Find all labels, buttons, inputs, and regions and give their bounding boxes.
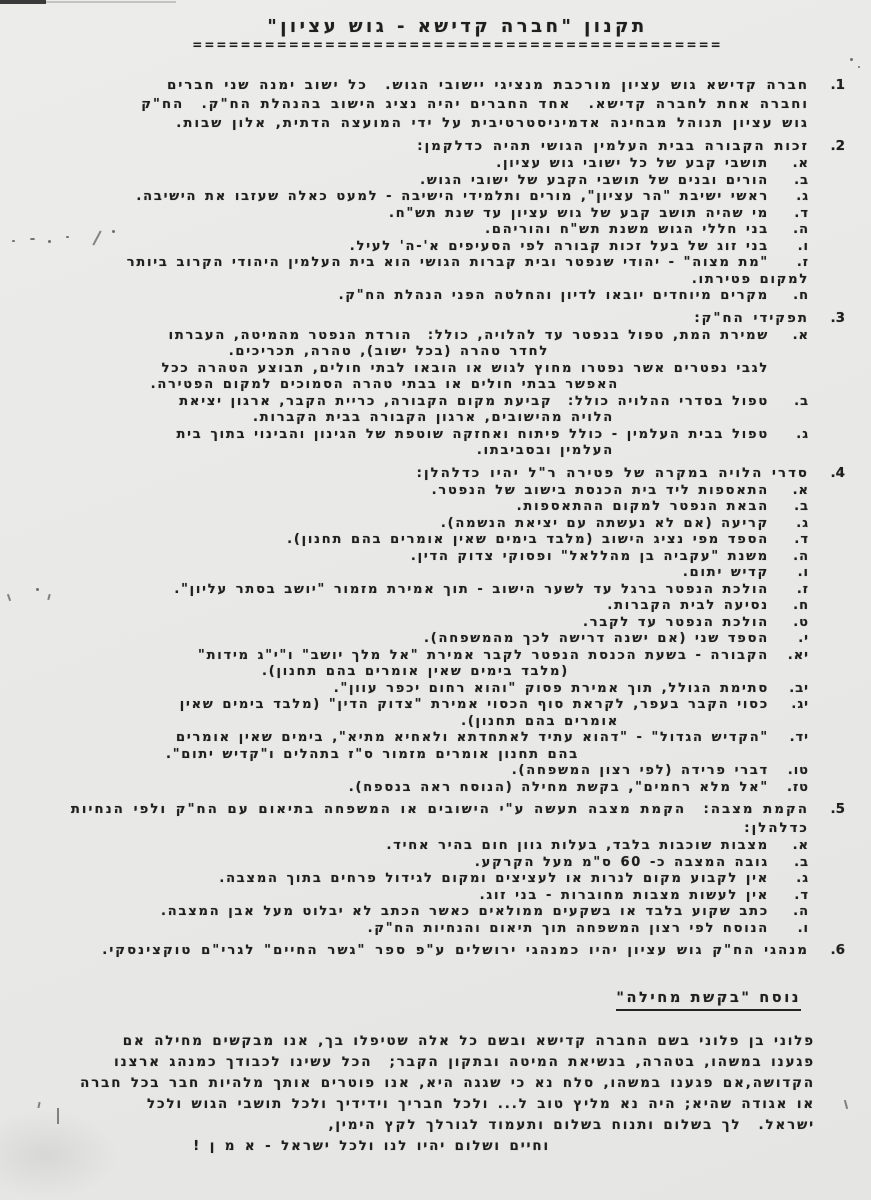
clause-lines: גובה המצבה כ- 60 ס"מ מעל הקרקע. <box>34 855 769 872</box>
document-title: תקנון "חברה קדישא - גוש עציון" <box>267 16 647 37</box>
paragraph-line: ישראל. לך בשלום ותנוח בשלום ותעמוד לגורל… <box>34 1115 815 1136</box>
clause-marker: ח. <box>769 288 809 305</box>
clause-line: (מלבד בימים שאין אומרים בהם תחנון). <box>34 664 569 681</box>
paragraph-line: פלוני בן פלוני בשם החברה קדישא ובשם כל א… <box>34 1031 815 1052</box>
clause-line: קריעה (אם לא נעשתה עם יציאת הנשמה). <box>34 516 769 533</box>
clause-lines: טפול בבית העלמין - כולל פיתוח ואחזקה שוט… <box>34 427 769 460</box>
clause-marker: יד. <box>769 730 809 763</box>
clause-marker: ח. <box>769 598 809 615</box>
clause-row: ג.קריעה (אם לא נעשתה עם יציאת הנשמה). <box>34 516 809 533</box>
paragraph-line: וחיים ושלום יהיו לנו ולכל ישראל - א מ ן … <box>34 1136 550 1157</box>
clause-line: אין לעשות מצבות מחוברות - בני זוג. <box>34 888 769 905</box>
clause-lines: מי שהיה תושב קבע של גוש עציון עד שנת תש"… <box>34 206 769 223</box>
clause-line: למקום פטירתו. <box>34 272 809 289</box>
clause-row: א.מצבות שוכבות בלבד, בעלות גוון חום בהיר… <box>34 838 809 855</box>
clause-line: כסוי הקבר בעפר, לקראת סוף הכסוי אמירת "צ… <box>34 697 769 714</box>
clause-row: ט.הולכת הנפטר עד לקבר. <box>34 615 809 632</box>
section: 6.מנהגי הח"ק גוש עציון יהיו כמנהגי ירושל… <box>34 941 845 960</box>
clause-row: יד."הקדיש הגדול" - "דהוא עתיד לאתחדתא ול… <box>34 730 809 763</box>
section-intro-line: כדלהלן: <box>34 819 809 838</box>
section: 1.חברה קדישא גוש עציון מורכבת מנציגי ייש… <box>34 76 845 133</box>
clause-lines: כתב שקוע בלבד או בשקעים ממולאים כאשר הכת… <box>34 904 769 921</box>
clause-row: טז."אל מלא רחמים", בקשת מחילה (הנוסח ראה… <box>34 780 809 797</box>
section-number: 3. <box>809 309 845 460</box>
clause-line: טפול בסדרי ההלויה כולל: קביעת מקום הקבור… <box>34 394 769 411</box>
clause-row: ב.הבאת הנפטר למקום ההתאספות. <box>34 499 809 516</box>
clause-line: הלויה מהישובים, ארגון הקבורה בבית הקברות… <box>34 410 614 427</box>
clause-line: אומרים בהם תחנון). <box>34 714 619 731</box>
clause-line: התאספות ליד בית הכנסת בישוב של הנפטר. <box>34 483 769 500</box>
clause-row: י.הספד שני (אם ישנה דרישה לכך מהמשפחה). <box>34 631 809 648</box>
section-body: זכות הקבורה בבית העלמין הגושי תהיה כדלקמ… <box>34 137 809 305</box>
clause-line: בני זוג של בעל זכות קבורה לפי הסעיפים א'… <box>34 239 769 256</box>
clause-row: ז."מת מצוה" - יהודי שנפטר ובית קברות הגו… <box>34 255 809 288</box>
clause-lines: תושבי קבע של כל ישובי גוש עציון. <box>34 156 769 173</box>
clause-marker: א. <box>769 328 809 394</box>
clause-marker: ז. <box>769 582 809 599</box>
clause-line: כתב שקוע בלבד או בשקעים ממולאים כאשר הכת… <box>34 904 769 921</box>
section-number: 4. <box>809 464 845 797</box>
section: 5.הקמת מצבה: הקמת מצבה תעשה ע"י הישובים … <box>34 800 845 937</box>
section-intro-line: תפקידי הח"ק: <box>34 309 809 328</box>
clause-lines: "הקדיש הגדול" - "דהוא עתיד לאתחדתא ולאחי… <box>34 730 769 763</box>
clause-marker: א. <box>769 838 809 855</box>
clause-line: בהם תחנון אומרים מזמור ס"ז בתהלים ו"קדיש… <box>34 747 579 764</box>
section-body: חברה קדישא גוש עציון מורכבת מנציגי יישוב… <box>34 76 809 133</box>
sections: 1.חברה קדישא גוש עציון מורכבת מנציגי ייש… <box>34 76 845 960</box>
clause-marker: ג. <box>769 516 809 533</box>
section-body: הקמת מצבה: הקמת מצבה תעשה ע"י הישובים או… <box>34 800 809 937</box>
clause-marker: ד. <box>769 206 809 223</box>
section-intro-line: סדרי הלויה במקרה של פטירה ר"ל יהיו כדלהל… <box>34 464 809 483</box>
clause-row: טו.דברי פרידה (לפי רצון המשפחה). <box>34 763 809 780</box>
paragraph-line: פגענו במשהו, בטהרה, בנשיאת המיטה ובתקון … <box>34 1052 815 1073</box>
clause-row: ג.אין לקבוע מקום לנרות או לעציצים ומקום … <box>34 871 809 888</box>
clause-row: ו.הנוסח לפי רצון המשפחה תוך תיאום והנחיו… <box>34 921 809 938</box>
clause-marker: ב. <box>769 173 809 190</box>
clause-lines: אין לקבוע מקום לנרות או לעציצים ומקום לג… <box>34 871 769 888</box>
clause-row: ה.בני חללי הגוש משנת תש"ח והוריהם. <box>34 222 809 239</box>
clause-marker: א. <box>769 156 809 173</box>
section-number: 5. <box>809 800 845 937</box>
clause-marker: ו. <box>769 565 809 582</box>
clause-lines: סתימת הגולל, תוך אמירת פסוק "והוא רחום י… <box>34 681 769 698</box>
clause-row: ה.משנת "עקביה בן מהללאל" ופסוקי צדוק הדי… <box>34 549 809 566</box>
clause-lines: הולכת הנפטר ברגל עד לשער הישוב - תוך אמי… <box>34 582 769 599</box>
section-body: מנהגי הח"ק גוש עציון יהיו כמנהגי ירושלים… <box>34 941 809 960</box>
clause-line: מצבות שוכבות בלבד, בעלות גוון חום בהיר א… <box>34 838 769 855</box>
scanned-document-page: תקנון "חברה קדישא - גוש עציון" =========… <box>0 0 871 1200</box>
clause-row: ח.נסיעה לבית הקברות. <box>34 598 809 615</box>
clause-lines: נסיעה לבית הקברות. <box>34 598 769 615</box>
clause-row: ח.מקרים מיוחדים יובאו לדיון והחלטה הפני … <box>34 288 809 305</box>
clause-row: ד.מי שהיה תושב קבע של גוש עציון עד שנת ת… <box>34 206 809 223</box>
clause-marker: ה. <box>769 222 809 239</box>
clause-row: א.תושבי קבע של כל ישובי גוש עציון. <box>34 156 809 173</box>
clause-line: נסיעה לבית הקברות. <box>34 598 769 615</box>
clause-line: הבאת הנפטר למקום ההתאספות. <box>34 499 769 516</box>
section: 4.סדרי הלויה במקרה של פטירה ר"ל יהיו כדל… <box>34 464 845 797</box>
clause-lines: בני זוג של בעל זכות קבורה לפי הסעיפים א'… <box>34 239 769 256</box>
section-number: 1. <box>809 76 845 133</box>
clause-row: ב.טפול בסדרי ההלויה כולל: קביעת מקום הקב… <box>34 394 809 427</box>
clause-lines: אין לעשות מצבות מחוברות - בני זוג. <box>34 888 769 905</box>
clause-row: ג.ראשי ישיבת "הר עציון", מורים ותלמידי ה… <box>34 189 809 206</box>
section-intro-line: זכות הקבורה בבית העלמין הגושי תהיה כדלקמ… <box>34 137 809 156</box>
clause-line: קדיש יתום. <box>34 565 769 582</box>
appendix: נוסח "בקשת מחילה" פלוני בן פלוני בשם החב… <box>34 964 845 1157</box>
clause-lines: קריעה (אם לא נעשתה עם יציאת הנשמה). <box>34 516 769 533</box>
clause-row: ב.הורים ובנים של תושבי הקבע של ישובי הגו… <box>34 173 809 190</box>
clause-lines: הורים ובנים של תושבי הקבע של ישובי הגוש. <box>34 173 769 190</box>
clause-line: מקרים מיוחדים יובאו לדיון והחלטה הפני הנ… <box>34 288 769 305</box>
clause-row: יג.כסוי הקבר בעפר, לקראת סוף הכסוי אמירת… <box>34 697 809 730</box>
paragraph-line: או אגודה שהיא; היה נא מליץ טוב ל... ולכל… <box>34 1094 815 1115</box>
clause-line: טפול בבית העלמין - כולל פיתוח ואחזקה שוט… <box>34 427 769 444</box>
clause-marker: ג. <box>769 427 809 460</box>
clause-row: א.שמירת המת, טפול בנפטר עד להלויה, כולל:… <box>34 328 809 394</box>
clause-row: ז.הולכת הנפטר ברגל עד לשער הישוב - תוך א… <box>34 582 809 599</box>
section-intro-line: מנהגי הח"ק גוש עציון יהיו כמנהגי ירושלים… <box>34 941 809 960</box>
clause-lines: טפול בסדרי ההלויה כולל: קביעת מקום הקבור… <box>34 394 769 427</box>
clause-line: מי שהיה תושב קבע של גוש עציון עד שנת תש"… <box>34 206 769 223</box>
clause-lines: הנוסח לפי רצון המשפחה תוך תיאום והנחיות … <box>34 921 769 938</box>
clause-row: ו.בני זוג של בעל זכות קבורה לפי הסעיפים … <box>34 239 809 256</box>
clause-lines: הולכת הנפטר עד לקבר. <box>34 615 769 632</box>
clause-lines: ראשי ישיבת "הר עציון", מורים ותלמידי היש… <box>34 189 769 206</box>
clause-row: ג.טפול בבית העלמין - כולל פיתוח ואחזקה ש… <box>34 427 809 460</box>
clause-lines: משנת "עקביה בן מהללאל" ופסוקי צדוק הדין. <box>34 549 769 566</box>
clause-line: לחדר טהרה (בכל ישוב), טהרה, תכריכים. <box>34 344 549 361</box>
clause-line: ראשי ישיבת "הר עציון", מורים ותלמידי היש… <box>34 189 769 206</box>
clause-marker: ד. <box>769 532 809 549</box>
clause-line: הולכת הנפטר עד לקבר. <box>34 615 769 632</box>
clause-line: גובה המצבה כ- 60 ס"מ מעל הקרקע. <box>34 855 769 872</box>
appendix-heading: נוסח "בקשת מחילה" <box>616 990 801 1011</box>
clause-row: יא.הקבורה - בשעת הכנסת הנפטר לקבר אמירת … <box>34 648 809 681</box>
clause-line: העלמין ובסביבתו. <box>34 443 614 460</box>
clause-marker: ו. <box>769 239 809 256</box>
section: 2.זכות הקבורה בבית העלמין הגושי תהיה כדל… <box>34 137 845 305</box>
section-intro-line: הקמת מצבה: הקמת מצבה תעשה ע"י הישובים או… <box>34 800 809 819</box>
clause-marker: ב. <box>769 394 809 427</box>
clause-line: האפשר בבתי חולים או בבתי טהרה הסמוכים למ… <box>34 377 619 394</box>
clause-line: הספד שני (אם ישנה דרישה לכך מהמשפחה). <box>34 631 769 648</box>
section: 3.תפקידי הח"ק:א.שמירת המת, טפול בנפטר עד… <box>34 309 845 460</box>
clause-lines: קדיש יתום. <box>34 565 769 582</box>
clause-row: ה.כתב שקוע בלבד או בשקעים ממולאים כאשר ה… <box>34 904 809 921</box>
clause-row: ב.גובה המצבה כ- 60 ס"מ מעל הקרקע. <box>34 855 809 872</box>
clause-lines: הבאת הנפטר למקום ההתאספות. <box>34 499 769 516</box>
clause-lines: בני חללי הגוש משנת תש"ח והוריהם. <box>34 222 769 239</box>
clause-marker: ג. <box>769 871 809 888</box>
clause-line: לגבי נפטרים אשר נפטרו מחוץ לגוש או הובאו… <box>34 361 769 378</box>
title-block: תקנון "חברה קדישא - גוש עציון" =========… <box>52 16 863 50</box>
title-underline: ========================================… <box>52 40 863 50</box>
clause-marker: ב. <box>769 855 809 872</box>
clause-line: הספד מפי נציג הישוב (מלבד בימים שאין אומ… <box>34 532 769 549</box>
clause-lines: שמירת המת, טפול בנפטר עד להלויה, כולל: ה… <box>34 328 769 394</box>
clause-marker: ה. <box>769 549 809 566</box>
clause-lines: מקרים מיוחדים יובאו לדיון והחלטה הפני הנ… <box>34 288 769 305</box>
clause-row: א.התאספות ליד בית הכנסת בישוב של הנפטר. <box>34 483 809 500</box>
clause-line: אין לקבוע מקום לנרות או לעציצים ומקום לג… <box>34 871 769 888</box>
clause-row: יב.סתימת הגולל, תוך אמירת פסוק "והוא רחו… <box>34 681 809 698</box>
clause-marker: ד. <box>769 888 809 905</box>
clause-row: ד.הספד מפי נציג הישוב (מלבד בימים שאין א… <box>34 532 809 549</box>
section-intro-line: חברה קדישא גוש עציון מורכבת מנציגי יישוב… <box>34 76 809 95</box>
clause-marker: יב. <box>769 681 809 698</box>
clause-line: הולכת הנפטר ברגל עד לשער הישוב - תוך אמי… <box>34 582 769 599</box>
clause-line: דברי פרידה (לפי רצון המשפחה). <box>34 763 769 780</box>
clause-marker: יג. <box>769 697 809 730</box>
paragraph-line: הקדושה,אם פגענו במשהו, סלח נא כי שגגה הי… <box>34 1073 815 1094</box>
clause-lines: "אל מלא רחמים", בקשת מחילה (הנוסח ראה בנ… <box>34 780 769 797</box>
clause-marker: ה. <box>769 904 809 921</box>
section-intro-line: גוש עציון תנוהל מבחינה אדמיניסטרטיבית על… <box>34 114 809 133</box>
clause-line: הורים ובנים של תושבי הקבע של ישובי הגוש. <box>34 173 769 190</box>
clause-marker: יא. <box>769 648 809 681</box>
clause-line: "מת מצוה" - יהודי שנפטר ובית קברות הגושי… <box>34 255 769 272</box>
section-intro-line: וחברה אחת לחברה קדישא. אחד החברים יהיה נ… <box>34 95 809 114</box>
clause-lines: "מת מצוה" - יהודי שנפטר ובית קברות הגושי… <box>34 255 769 288</box>
clause-lines: התאספות ליד בית הכנסת בישוב של הנפטר. <box>34 483 769 500</box>
clause-line: "אל מלא רחמים", בקשת מחילה (הנוסח ראה בנ… <box>34 780 769 797</box>
clause-line: תושבי קבע של כל ישובי גוש עציון. <box>34 156 769 173</box>
clause-line: "הקדיש הגדול" - "דהוא עתיד לאתחדתא ולאחי… <box>34 730 769 747</box>
clause-marker: ב. <box>769 499 809 516</box>
clause-line: בני חללי הגוש משנת תש"ח והוריהם. <box>34 222 769 239</box>
clause-line: סתימת הגולל, תוך אמירת פסוק "והוא רחום י… <box>34 681 769 698</box>
clause-lines: כסוי הקבר בעפר, לקראת סוף הכסוי אמירת "צ… <box>34 697 769 730</box>
section-body: סדרי הלויה במקרה של פטירה ר"ל יהיו כדלהל… <box>34 464 809 797</box>
clause-row: ו.קדיש יתום. <box>34 565 809 582</box>
section-number: 2. <box>809 137 845 305</box>
clause-line: משנת "עקביה בן מהללאל" ופסוקי צדוק הדין. <box>34 549 769 566</box>
document-content: תקנון "חברה קדישא - גוש עציון" =========… <box>0 0 871 1200</box>
clause-lines: הספד מפי נציג הישוב (מלבד בימים שאין אומ… <box>34 532 769 549</box>
clause-marker: טו. <box>769 763 809 780</box>
clause-line: הקבורה - בשעת הכנסת הנפטר לקבר אמירת "אל… <box>34 648 769 665</box>
clause-lines: מצבות שוכבות בלבד, בעלות גוון חום בהיר א… <box>34 838 769 855</box>
clause-line: שמירת המת, טפול בנפטר עד להלויה, כולל: ה… <box>34 328 769 345</box>
clause-line: הנוסח לפי רצון המשפחה תוך תיאום והנחיות … <box>34 921 769 938</box>
clause-lines: הקבורה - בשעת הכנסת הנפטר לקבר אמירת "אל… <box>34 648 769 681</box>
clause-row: ד.אין לעשות מצבות מחוברות - בני זוג. <box>34 888 809 905</box>
clause-marker: א. <box>769 483 809 500</box>
clause-marker: ו. <box>769 921 809 938</box>
clause-lines: הספד שני (אם ישנה דרישה לכך מהמשפחה). <box>34 631 769 648</box>
request-forgiveness-paragraph: פלוני בן פלוני בשם החברה קדישא ובשם כל א… <box>34 1031 815 1157</box>
clause-marker: י. <box>769 631 809 648</box>
section-body: תפקידי הח"ק:א.שמירת המת, טפול בנפטר עד ל… <box>34 309 809 460</box>
clause-marker: ג. <box>769 189 809 206</box>
clause-marker: ט. <box>769 615 809 632</box>
clause-marker: טז. <box>769 780 809 797</box>
clause-lines: דברי פרידה (לפי רצון המשפחה). <box>34 763 769 780</box>
section-number: 6. <box>809 941 845 960</box>
